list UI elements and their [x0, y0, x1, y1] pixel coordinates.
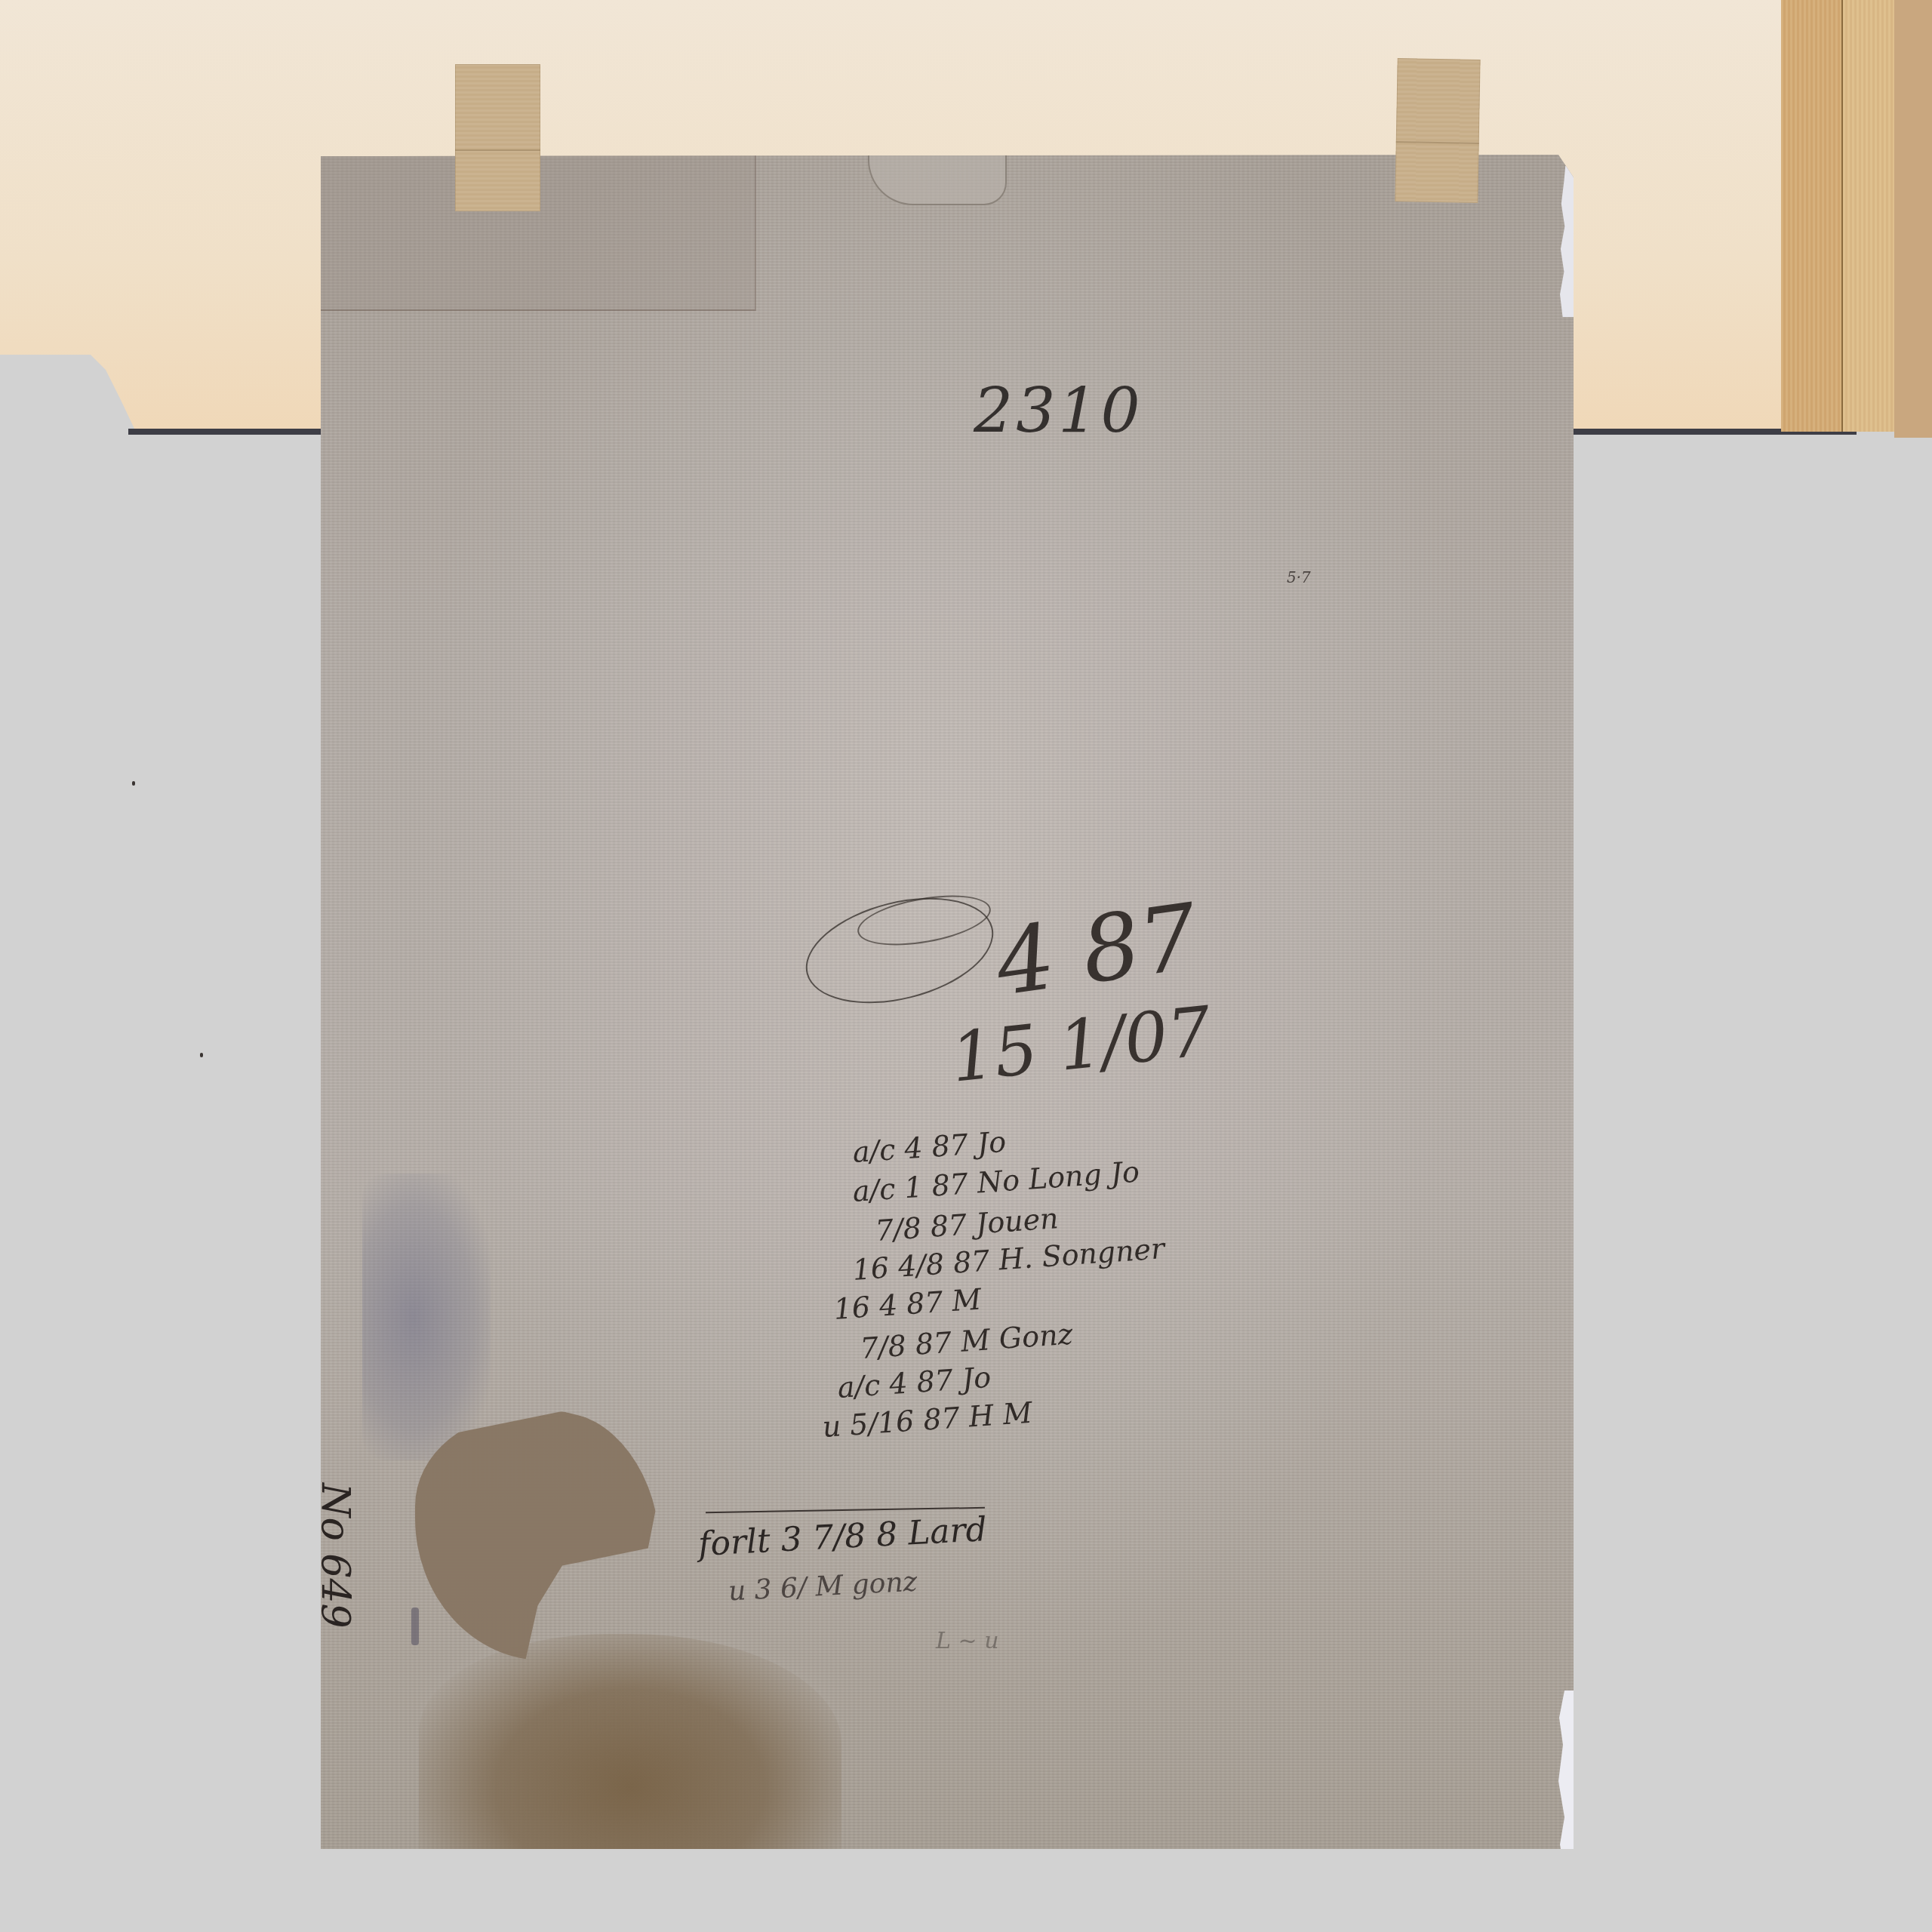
kraft-paper-strip: [1841, 0, 1896, 432]
graphite-mark: [411, 1607, 419, 1645]
bluish-stain: [362, 1174, 491, 1460]
water-stain: [415, 1411, 660, 1660]
paper-flap: [868, 155, 1007, 205]
faint-pencil-note: L ~ u: [936, 1630, 998, 1653]
inventory-number: 2310: [974, 381, 1143, 443]
ledger-entries: a/c 4 87 Jo a/c 1 87 No Long Jo 7/8 87 J…: [853, 1136, 1165, 1450]
dust-speck: [200, 1053, 203, 1057]
price-mark: 4 87: [991, 892, 1203, 1010]
document-sheet: [321, 155, 1574, 1849]
vertical-catalog-number: No 649: [315, 1483, 355, 1629]
torn-edge: [1558, 1690, 1574, 1872]
brown-discoloration: [419, 1634, 841, 1853]
kraft-paper-strip: [1781, 0, 1841, 432]
tiny-note: 5·7: [1287, 570, 1311, 585]
kraft-paper-strip: [1894, 0, 1932, 438]
dust-speck: [132, 781, 135, 786]
torn-edge: [1560, 166, 1574, 317]
tape-left: [455, 64, 540, 211]
tape-right: [1395, 58, 1480, 203]
